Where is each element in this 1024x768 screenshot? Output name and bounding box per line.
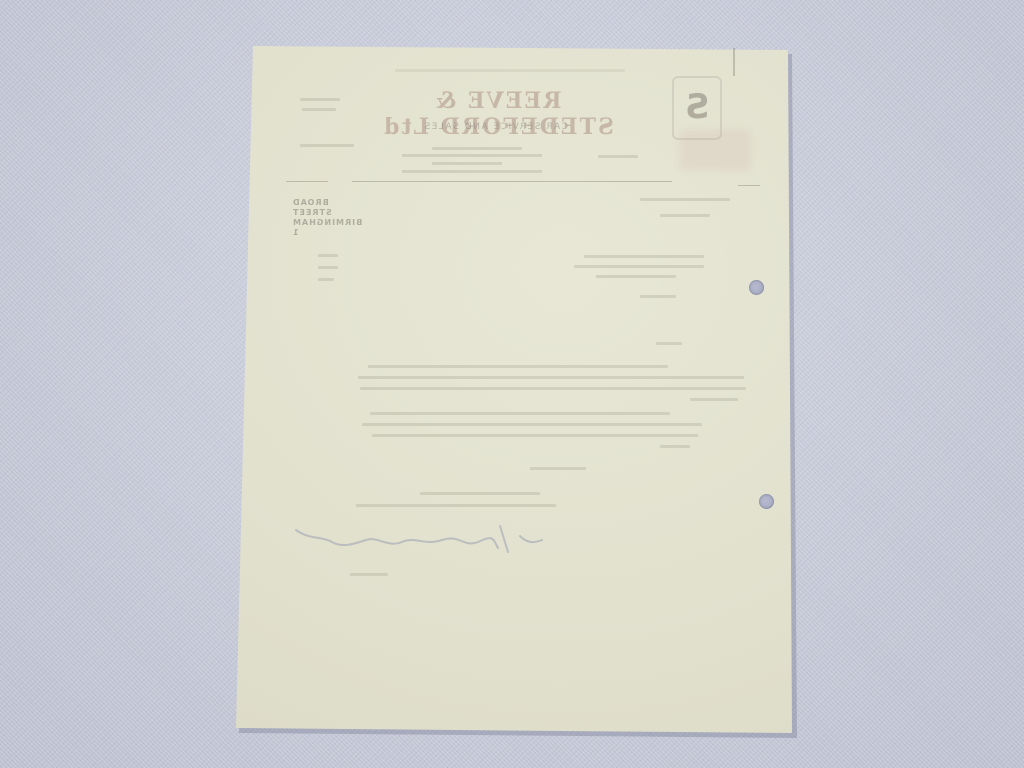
header-rule — [352, 181, 672, 182]
closing-line — [356, 504, 556, 507]
body-line — [370, 412, 670, 415]
closing-line — [420, 492, 540, 495]
punch-hole — [759, 494, 774, 509]
letterhead-ref-line — [598, 155, 638, 158]
body-line — [660, 445, 690, 448]
company-name: REEVE & STEDEFORD Ltd — [378, 88, 618, 140]
recipient-line — [574, 265, 704, 268]
logo-tint — [680, 130, 750, 170]
header-rule-left — [286, 181, 328, 182]
company-tagline: CAR SERVICE AND SALES — [385, 122, 605, 132]
signature-scribble — [292, 518, 552, 558]
recipient-line — [596, 275, 676, 278]
date-line — [640, 198, 730, 201]
logo-glyph: S — [685, 78, 710, 136]
recipient-line — [584, 255, 704, 258]
body-line — [368, 365, 668, 368]
recipient-line — [640, 295, 676, 298]
body-line — [362, 423, 702, 426]
letter-sheet: REEVE & STEDEFORD Ltd CAR SERVICE AND SA… — [0, 0, 1024, 768]
salutation-line — [656, 342, 682, 345]
closing-line — [530, 467, 586, 470]
letterhead-address-line — [432, 162, 502, 165]
body-line — [358, 376, 744, 379]
header-rule-right — [738, 185, 760, 186]
side-address: BROAD STREET BIRMINGHAM 1 — [292, 198, 350, 238]
letterhead-top-line — [395, 66, 625, 74]
body-line — [690, 398, 738, 401]
letterhead-address-line — [402, 170, 542, 173]
ref-line — [318, 278, 334, 281]
letterhead-address-line — [432, 147, 522, 150]
letterhead-left-line — [302, 108, 336, 111]
ref-line — [318, 266, 338, 269]
body-line — [372, 434, 698, 437]
signatory-title — [350, 573, 388, 576]
punch-hole — [749, 280, 764, 295]
paper-crease — [733, 48, 735, 76]
body-line — [360, 387, 746, 390]
side-address-line: BROAD STREET — [292, 198, 350, 218]
side-address-line: BIRMINGHAM 1 — [292, 218, 362, 238]
ref-line — [318, 254, 338, 257]
date-line — [660, 214, 710, 217]
letterhead-address-line — [402, 154, 542, 157]
letterhead-left-line — [300, 144, 354, 147]
company-tagline-text: CAR SERVICE AND SALES — [423, 122, 568, 132]
company-name-text: REEVE & STEDEFORD Ltd — [378, 88, 618, 140]
letterhead-left-line — [300, 98, 340, 101]
